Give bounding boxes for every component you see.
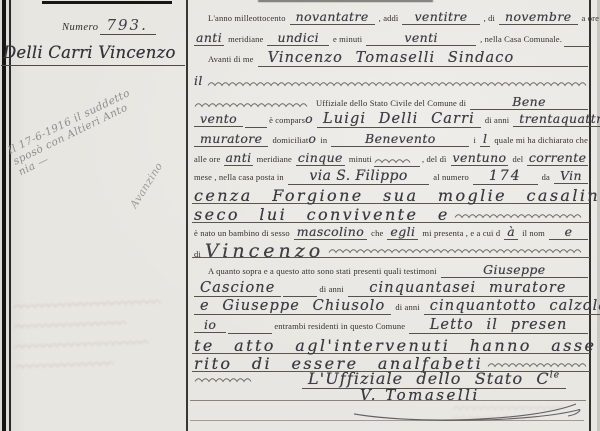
- printed-text: mi presenta , e a cui d: [422, 228, 500, 238]
- printed-text: e minuti: [333, 34, 362, 44]
- printed-text: che: [371, 228, 383, 238]
- witness-1-firstname: Giuseppe: [441, 262, 588, 278]
- printed-text: da: [542, 172, 550, 182]
- witness-1-surname: Cascione: [194, 280, 281, 297]
- hw-month-ref: corrente: [527, 150, 588, 166]
- blank-dash: [564, 30, 590, 47]
- pencil-margin-signature: Avanzino: [128, 160, 165, 210]
- printed-text: , del dì: [422, 154, 447, 164]
- hw-profession: muratore: [194, 131, 268, 147]
- hw-egli: egli: [387, 224, 418, 240]
- act-line-newborn: è nato un bambino di sesso mascolino che…: [192, 224, 590, 241]
- printed-text: meridiane: [257, 154, 292, 164]
- mother-name-part1: Vin: [554, 168, 588, 184]
- ditto-scribble: [374, 157, 416, 165]
- ditto-scribble: [487, 361, 588, 369]
- newborn-sex: mascolino: [294, 224, 367, 240]
- bleed-mark: [14, 338, 154, 351]
- printed-text: , di: [484, 13, 495, 23]
- bleed-mark: [15, 359, 115, 370]
- hw-birth-hour: cinque: [296, 150, 345, 166]
- blank: [245, 111, 267, 128]
- hw-suffix: à: [504, 224, 518, 240]
- hw-official-name: Vincenzo Tomaselli Sindaco: [258, 50, 588, 67]
- record-number-row: Numero793.: [62, 16, 148, 35]
- printed-text: minuti: [349, 154, 372, 164]
- ditto-scribble: [194, 376, 258, 384]
- hw-cohabiting: seco lui convivente e: [194, 205, 450, 224]
- hw-read-aloud-1: Letto il presen: [409, 317, 588, 334]
- hw-day: ventitre: [402, 9, 479, 25]
- act-line-cohabit: seco lui convivente e: [192, 205, 590, 223]
- witness-1-age-profession: cinquantasei muratore: [348, 280, 588, 297]
- record-number-underline: [100, 34, 156, 35]
- printed-text: di anni: [395, 302, 419, 312]
- pencil-note-line: sposò con Altieri Anto: [11, 71, 192, 167]
- hw-minutes: venti: [366, 30, 476, 46]
- hw-suffix: l: [480, 131, 490, 147]
- house-number: 174: [473, 168, 538, 185]
- ditto-scribble: [207, 80, 588, 88]
- act-line-ditto: il: [192, 73, 590, 90]
- registered-name-underline: [1, 65, 185, 66]
- act-line-date: L'anno milleottocento novantatre , addì …: [206, 9, 590, 26]
- ink-bleedthrough-bottom: [450, 404, 580, 424]
- act-line-name: di Vincenzo: [192, 240, 590, 258]
- margin-pencil-note: Il 17-6-1916 il suddetto sposò con Altie…: [6, 61, 197, 179]
- printed-text: domiciliat: [272, 135, 308, 145]
- blank: [228, 317, 272, 334]
- printed-text: di: [194, 249, 201, 259]
- act-line-birth-time: alle ore anti meridiane cinque minuti , …: [192, 150, 590, 167]
- bleed-mark: [13, 298, 163, 311]
- ditto-scribble: [328, 247, 588, 255]
- act-line-residents: io entrambi residenti in questo Comune L…: [192, 317, 590, 334]
- printed-text: a ore: [582, 13, 600, 23]
- hw-declarant-age: trentaquattro: [513, 111, 600, 127]
- mother-name-part2: cenza Forgione sua moglie casalinga: [194, 186, 600, 205]
- act-line-profession: muratore domiciliat o in Benevento i l q…: [192, 131, 590, 148]
- act-line-witness2: e Giuseppe Chiusolo di anni cinquantotto…: [192, 298, 590, 315]
- hw-meridian: anti: [194, 30, 224, 46]
- act-line-time: anti meridiane undici e minuti venti , n…: [192, 30, 590, 47]
- act-line-officer-title: L'Uffiziale dello Stato Cle: [192, 369, 590, 386]
- printed-text: Avanti di me: [208, 54, 254, 64]
- bleed-mark: [452, 404, 572, 412]
- printed-text: in: [320, 135, 327, 145]
- top-scan-edge: [258, 0, 433, 2]
- father-name: Luigi Delli Carri: [317, 111, 481, 128]
- printed-text: di anni: [485, 115, 509, 125]
- hw-read-aloud-2: te atto agl'intervenuti hanno asse: [194, 336, 596, 355]
- printed-text: alle ore: [194, 154, 220, 164]
- hw-comune-part1: Bene: [470, 94, 588, 110]
- bleed-mark: [13, 319, 133, 331]
- printed-text: i: [473, 135, 476, 145]
- bottom-rule-1: [190, 400, 586, 401]
- printed-text: del: [512, 154, 523, 164]
- ink-bleedthrough-left: [11, 297, 176, 383]
- hw-month: novembre: [499, 9, 577, 25]
- hw-gender-suffix: o: [305, 111, 313, 126]
- hw-year: novantatre: [290, 9, 375, 25]
- scanned-register-page: Numero793. Delli Carri Vincenzo Il 17-6-…: [0, 0, 600, 431]
- hw-birth-day: ventuno: [451, 150, 509, 166]
- hw-hour: undici: [267, 30, 329, 46]
- act-line-address: mese , nella casa posta in via S. Filipp…: [192, 168, 590, 185]
- top-margin-rule: [42, 1, 172, 4]
- blank-minutes: [374, 150, 420, 167]
- witness-2-name: e Giuseppe Chiusolo: [194, 298, 391, 315]
- record-number: 793.: [106, 16, 147, 34]
- ditto-scribble: [194, 101, 312, 109]
- act-line-official: Avanti di me Vincenzo Tomaselli Sindaco: [206, 50, 590, 67]
- printed-text: è nato un bambino di sesso: [194, 228, 290, 238]
- hw-il: il: [194, 73, 203, 88]
- registered-name: Delli Carri Vincenzo: [3, 43, 186, 62]
- act-line-comune: Uffiziale dello Stato Civile del Comune …: [192, 94, 590, 111]
- act-line-declarant: vento è compars o Luigi Delli Carri di a…: [192, 111, 590, 128]
- printed-text: meridiane: [228, 34, 263, 44]
- printed-text: al numero: [433, 172, 469, 182]
- witness-2-age-profession: cinquantotto calzola: [424, 298, 600, 315]
- printed-text: , nella Casa Comunale.: [480, 34, 562, 44]
- printed-text: Uffiziale dello Stato Civile del Comune …: [316, 98, 466, 108]
- printed-text: di anni: [319, 284, 343, 294]
- hw-meridian: anti: [224, 150, 252, 166]
- numero-label: Numero: [62, 22, 98, 33]
- act-line-witnesses: A quanto sopra e a questo atto sono stat…: [206, 262, 590, 279]
- printed-text: quale mi ha dichiarato che: [494, 135, 588, 145]
- blank: [283, 280, 317, 297]
- bleed-mark: [452, 414, 542, 422]
- printed-text: è compars: [269, 115, 305, 125]
- ditto-scribble: [454, 212, 588, 220]
- printed-text: mese , nella casa posta in: [194, 172, 284, 182]
- act-line-read2: te atto agl'intervenuti hanno asse: [192, 336, 590, 354]
- printed-text: entrambi residenti in questo Comune: [274, 321, 405, 331]
- hw-suffix-io: io: [194, 317, 226, 333]
- hw-domicile: Benevento: [331, 131, 469, 147]
- printed-text: A quanto sopra e a questo atto sono stat…: [208, 266, 437, 276]
- margin-column-divider: [186, 0, 188, 431]
- hw-suffix: e: [549, 224, 588, 240]
- newborn-name: Vincenzo: [205, 240, 324, 262]
- act-line-mother: cenza Forgione sua moglie casalinga: [192, 186, 590, 204]
- hw-comune-part2: vento: [194, 111, 243, 127]
- officer-title-superscript: le: [550, 371, 560, 381]
- printed-text: , addì: [379, 13, 399, 23]
- hw-suffix: o: [308, 131, 316, 146]
- act-line-witness1: Cascione di anni cinquantasei muratore: [192, 280, 590, 297]
- printed-text: il nom: [522, 228, 545, 238]
- printed-text: L'anno milleottocento: [208, 13, 286, 23]
- street-address: via S. Filippo: [288, 168, 429, 185]
